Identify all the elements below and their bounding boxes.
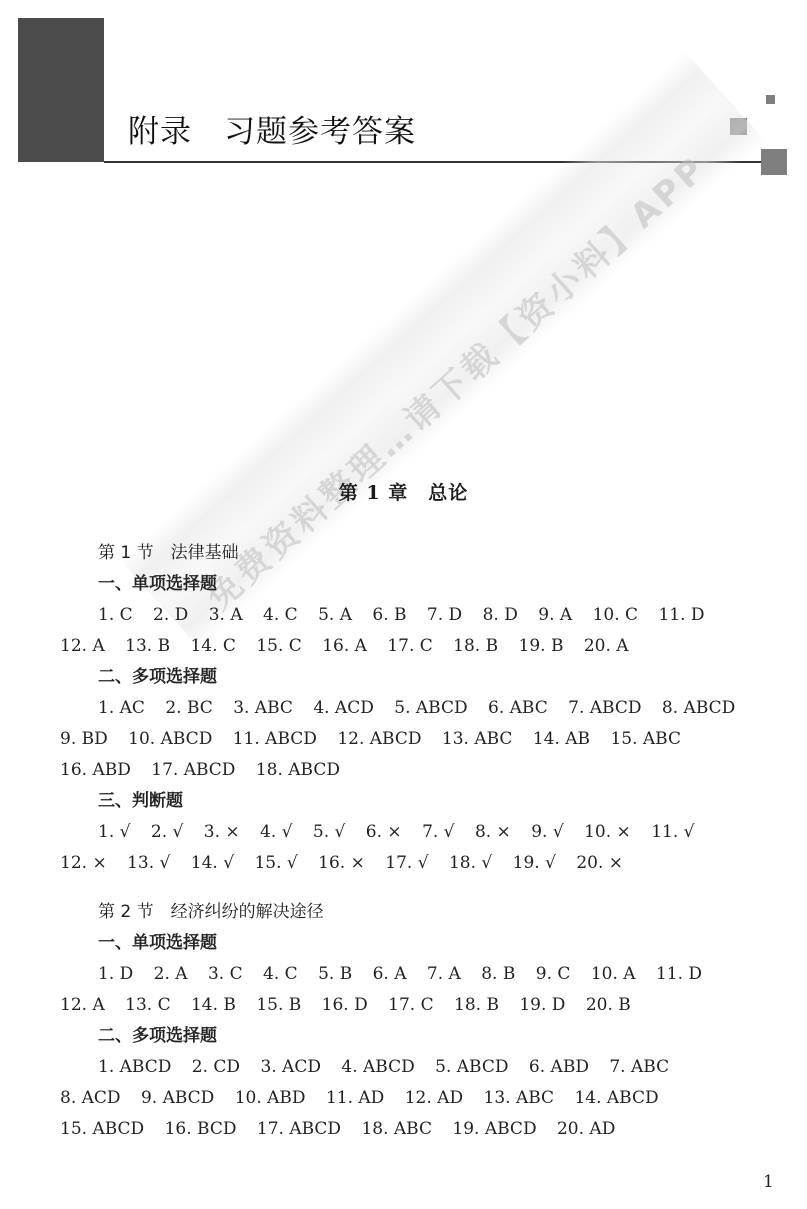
answer-list: 1. D 2. A 3. C 4. C 5. B 6. A 7. A 8. B …	[60, 959, 760, 1021]
answer-item: 3. ×	[204, 822, 240, 842]
answer-item: 7. ABC	[609, 1057, 669, 1077]
answer-item: 13. B	[125, 636, 170, 656]
answer-item: 12. AD	[405, 1088, 463, 1108]
answer-item: 2. CD	[192, 1057, 240, 1077]
answer-item: 19. B	[519, 636, 564, 656]
answer-item: 14. C	[190, 636, 235, 656]
answer-item: 14. AB	[533, 729, 590, 749]
answer-item: 9. C	[536, 964, 571, 984]
answer-item: 5. √	[313, 822, 345, 842]
header-rule	[104, 161, 762, 163]
answer-list: 1. AC 2. BC 3. ABC 4. ACD 5. ABCD 6. ABC…	[60, 693, 760, 786]
answer-item: 1. ABCD	[98, 1057, 171, 1077]
part-title-single-choice: 一、单项选择题	[60, 569, 760, 600]
answer-item: 9. ABCD	[141, 1088, 214, 1108]
answer-item: 8. ACD	[60, 1088, 121, 1108]
answer-item: 11. ABCD	[233, 729, 317, 749]
answer-item: 6. ABC	[488, 698, 548, 718]
answer-item: 17. C	[387, 636, 432, 656]
answer-item: 17. ABCD	[257, 1119, 341, 1139]
answer-item: 2. A	[154, 964, 188, 984]
answer-item: 10. C	[593, 605, 638, 625]
part-title-true-false: 三、判断题	[60, 786, 760, 817]
answer-item: 2. √	[151, 822, 183, 842]
answer-item: 13. √	[127, 853, 170, 873]
answer-item: 12. A	[60, 636, 105, 656]
answer-item: 17. ABCD	[151, 760, 235, 780]
part-title-multiple-choice: 二、多项选择题	[60, 1021, 760, 1052]
answer-item: 16. D	[322, 995, 368, 1015]
part-title-multiple-choice: 二、多项选择题	[60, 662, 760, 693]
answer-item: 3. ACD	[260, 1057, 321, 1077]
answer-item: 2. BC	[165, 698, 212, 718]
answer-item: 9. BD	[60, 729, 108, 749]
answer-item: 20. AD	[557, 1119, 615, 1139]
answer-item: 8. ×	[475, 822, 511, 842]
answer-item: 12. ABCD	[337, 729, 421, 749]
answer-item: 13. ABC	[484, 1088, 555, 1108]
answer-item: 3. A	[209, 605, 243, 625]
part-title-single-choice: 一、单项选择题	[60, 928, 760, 959]
answer-item: 6. A	[373, 964, 407, 984]
answer-item: 5. B	[318, 964, 352, 984]
section-gap	[60, 879, 760, 897]
section-title: 第 1 节 法律基础	[60, 538, 760, 569]
answer-item: 18. B	[454, 995, 499, 1015]
answer-item: 7. D	[427, 605, 462, 625]
answer-item: 1. D	[98, 964, 133, 984]
answer-item: 1. C	[98, 605, 133, 625]
answer-item: 17. √	[385, 853, 428, 873]
answer-item: 19. D	[519, 995, 565, 1015]
answer-item: 11. √	[651, 822, 694, 842]
answer-item: 20. B	[586, 995, 631, 1015]
answer-item: 12. A	[60, 995, 105, 1015]
answer-item: 1. √	[98, 822, 130, 842]
answer-list: 1. √ 2. √ 3. × 4. √ 5. √ 6. × 7. √ 8. × …	[60, 817, 760, 879]
answer-item: 13. C	[125, 995, 170, 1015]
answer-item: 4. ACD	[313, 698, 374, 718]
answer-item: 11. AD	[326, 1088, 384, 1108]
section-title: 第 2 节 经济纠纷的解决途径	[60, 897, 760, 928]
answer-content: 第 1 节 法律基础 一、单项选择题 1. C 2. D 3. A 4. C 5…	[60, 538, 760, 1145]
answer-item: 4. √	[260, 822, 292, 842]
answer-item: 4. C	[263, 605, 298, 625]
answer-item: 11. D	[658, 605, 704, 625]
answer-item: 16. BCD	[165, 1119, 237, 1139]
answer-item: 8. B	[481, 964, 515, 984]
answer-item: 16. ×	[318, 853, 365, 873]
answer-item: 18. ABC	[361, 1119, 432, 1139]
answer-item: 2. D	[153, 605, 188, 625]
answer-item: 3. C	[208, 964, 243, 984]
answer-item: 1. AC	[98, 698, 145, 718]
answer-item: 15. ABCD	[60, 1119, 144, 1139]
decor-square-medium	[730, 118, 747, 135]
answer-item: 13. ABC	[442, 729, 513, 749]
answer-item: 3. ABC	[233, 698, 293, 718]
answer-item: 5. ABCD	[394, 698, 467, 718]
answer-item: 11. D	[656, 964, 702, 984]
answer-item: 9. √	[531, 822, 563, 842]
answer-item: 8. D	[483, 605, 518, 625]
answer-item: 5. ABCD	[435, 1057, 508, 1077]
decor-square-large	[761, 149, 787, 175]
section-2: 第 2 节 经济纠纷的解决途径 一、单项选择题 1. D 2. A 3. C 4…	[60, 897, 760, 1145]
answer-item: 14. ABCD	[574, 1088, 658, 1108]
appendix-title: 附录 习题参考答案	[128, 112, 416, 152]
decor-square-small	[766, 95, 775, 104]
header-dark-block	[18, 18, 104, 162]
answer-item: 7. ABCD	[568, 698, 641, 718]
answer-item: 10. A	[591, 964, 636, 984]
answer-item: 16. ABD	[60, 760, 131, 780]
answer-item: 4. C	[263, 964, 298, 984]
answer-item: 10. ×	[584, 822, 631, 842]
answer-item: 5. A	[318, 605, 352, 625]
answer-list: 1. ABCD 2. CD 3. ACD 4. ABCD 5. ABCD 6. …	[60, 1052, 760, 1145]
answer-item: 15. B	[256, 995, 301, 1015]
section-1: 第 1 节 法律基础 一、单项选择题 1. C 2. D 3. A 4. C 5…	[60, 538, 760, 879]
answer-item: 18. B	[453, 636, 498, 656]
answer-item: 20. A	[584, 636, 629, 656]
answer-item: 12. ×	[60, 853, 107, 873]
chapter-title: 第 1 章 总论	[0, 478, 807, 505]
answer-item: 7. A	[427, 964, 461, 984]
answer-item: 14. √	[191, 853, 234, 873]
answer-item: 10. ABCD	[128, 729, 212, 749]
page-number: 1	[763, 1172, 774, 1192]
answer-item: 14. B	[191, 995, 236, 1015]
answer-item: 15. ABC	[610, 729, 681, 749]
answer-item: 19. ABCD	[452, 1119, 536, 1139]
answer-item: 20. ×	[576, 853, 623, 873]
answer-item: 6. B	[372, 605, 406, 625]
answer-item: 7. √	[422, 822, 454, 842]
answer-list: 1. C 2. D 3. A 4. C 5. A 6. B 7. D 8. D …	[60, 600, 760, 662]
answer-item: 15. √	[254, 853, 297, 873]
answer-item: 17. C	[388, 995, 433, 1015]
answer-item: 16. A	[322, 636, 367, 656]
answer-item: 18. ABCD	[256, 760, 340, 780]
answer-item: 19. √	[513, 853, 556, 873]
answer-item: 10. ABD	[235, 1088, 306, 1108]
answer-item: 6. ABD	[529, 1057, 589, 1077]
answer-item: 15. C	[256, 636, 301, 656]
answer-item: 4. ABCD	[341, 1057, 414, 1077]
answer-item: 8. ABCD	[662, 698, 735, 718]
answer-item: 9. A	[538, 605, 572, 625]
answer-item: 6. ×	[366, 822, 402, 842]
answer-item: 18. √	[449, 853, 492, 873]
